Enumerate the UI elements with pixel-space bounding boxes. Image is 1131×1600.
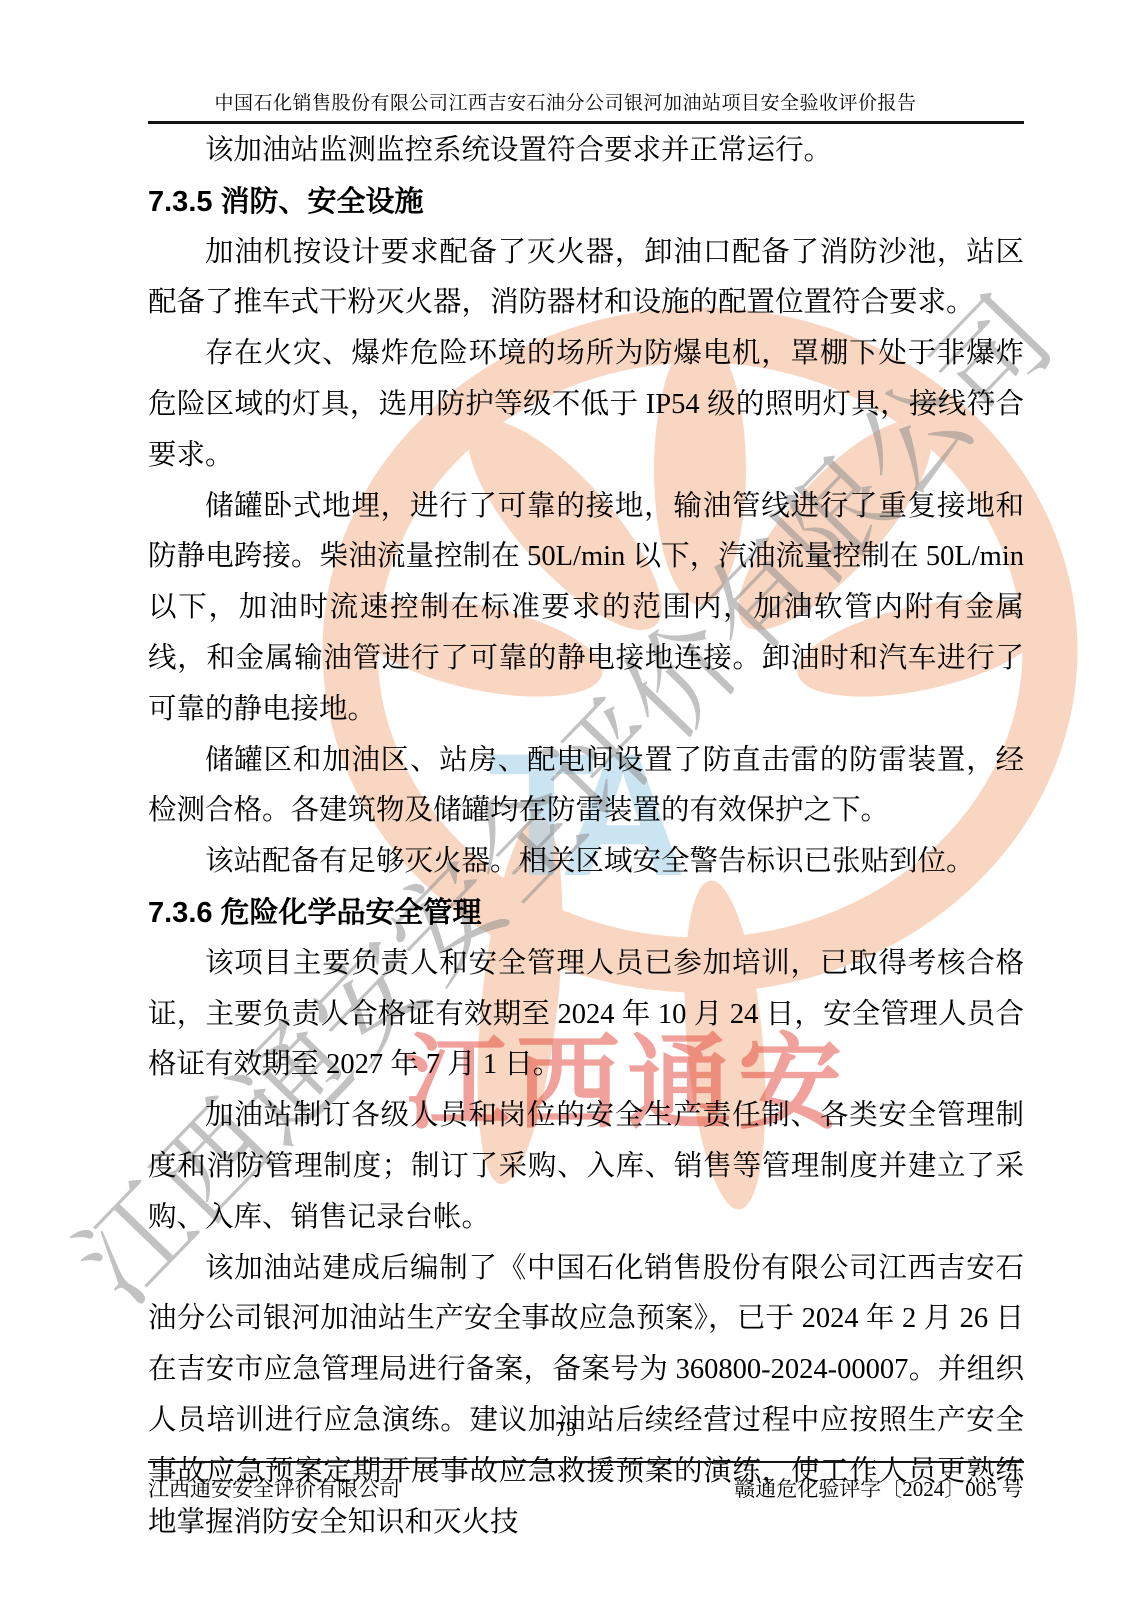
- paragraph: 该加油站监测监控系统设置符合要求并正常运行。: [148, 126, 1024, 177]
- paragraph: 储罐区和加油区、站房、配电间设置了防直击雷的防雷装置，经检测合格。各建筑物及储罐…: [148, 736, 1024, 838]
- paragraph: 存在火灾、爆炸危险环境的场所为防爆电机，罩棚下处于非爆炸危险区域的灯具，选用防护…: [148, 329, 1024, 481]
- header-rule: [148, 121, 1024, 124]
- paragraph: 储罐卧式地埋，进行了可靠的接地，输油管线进行了重复接地和防静电跨接。柴油流量控制…: [148, 482, 1024, 736]
- footer-company-name: 江西通安安全评价有限公司: [148, 1473, 400, 1503]
- paragraph: 该站配备有足够灭火器。相关区域安全警告标识已张贴到位。: [148, 837, 1024, 888]
- footer-document-number: 赣通危化验评字〔2024〕005 号: [734, 1473, 1023, 1503]
- document-body: 该加油站监测监控系统设置符合要求并正常运行。 7.3.5 消防、安全设施 加油机…: [148, 126, 1024, 1548]
- paragraph: 加油站制订各级人员和岗位的安全生产责任制、各类安全管理制度和消防管理制度；制订了…: [148, 1091, 1024, 1243]
- report-page: TA 江西通安安全评价有限公司 江西通安 中国石化销售股份有限公司江西吉安石油分…: [0, 0, 1131, 1600]
- page-number: 73: [0, 1417, 1131, 1442]
- paragraph: 该项目主要负责人和安全管理人员已参加培训，已取得考核合格证，主要负责人合格证有效…: [148, 939, 1024, 1091]
- section-heading: 7.3.5 消防、安全设施: [148, 177, 1024, 228]
- footer-rule: [148, 1461, 1024, 1463]
- page-header-title: 中国石化销售股份有限公司江西吉安石油分公司银河加油站项目安全验收评价报告: [0, 88, 1131, 115]
- paragraph: 加油机按设计要求配备了灭火器，卸油口配备了消防沙池，站区配备了推车式干粉灭火器，…: [148, 228, 1024, 330]
- section-heading: 7.3.6 危险化学品安全管理: [148, 888, 1024, 939]
